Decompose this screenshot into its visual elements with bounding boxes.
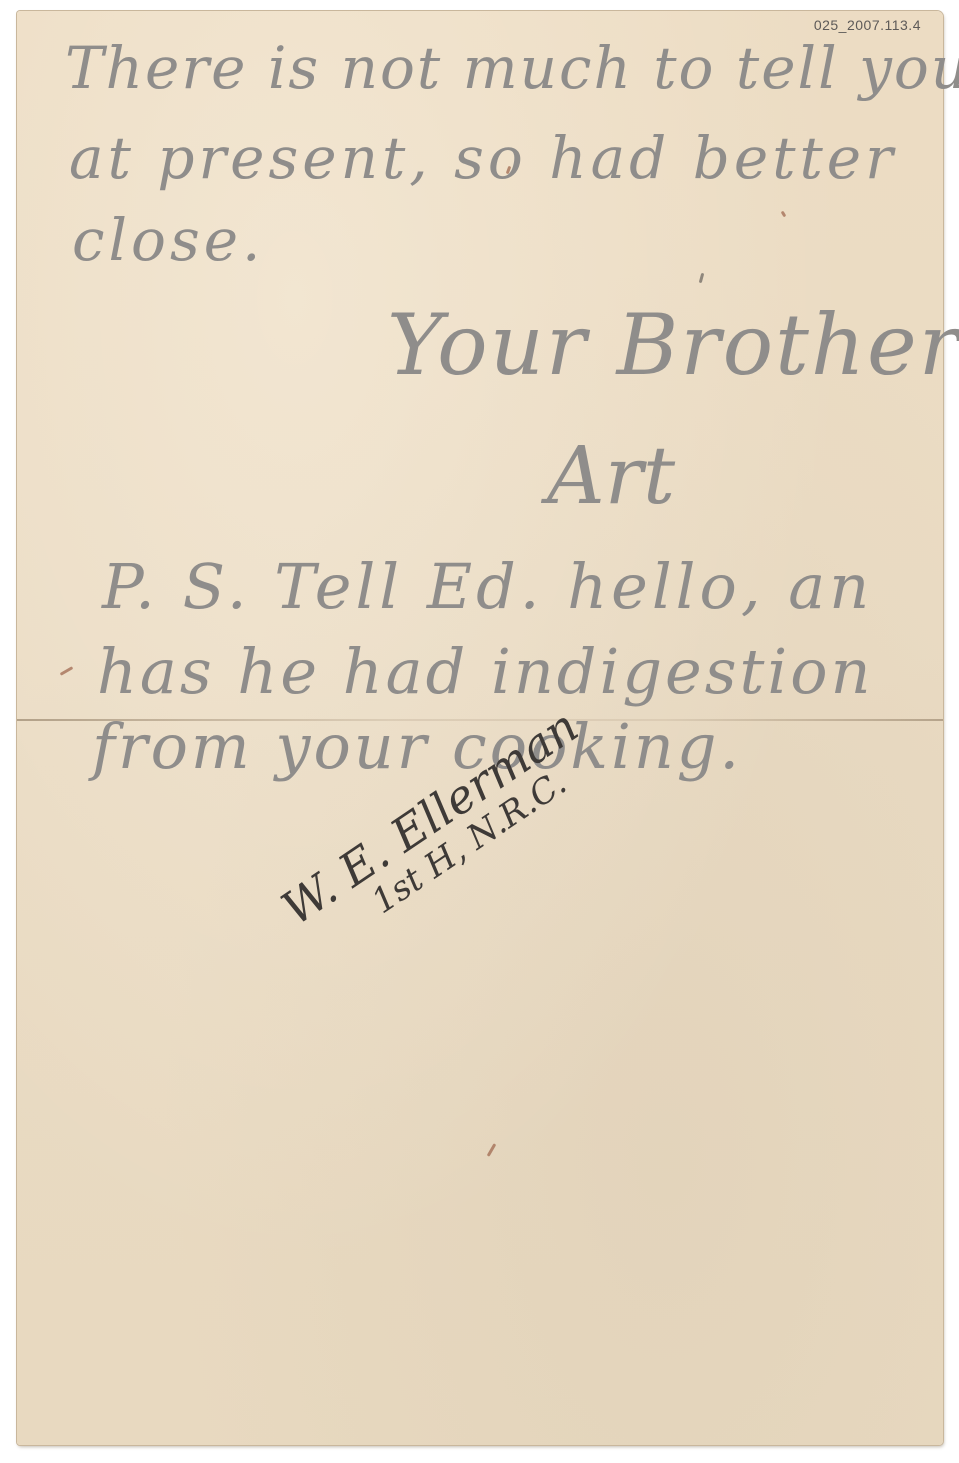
stain-mark — [781, 211, 787, 218]
catalog-number: 025_2007.113.4 — [814, 17, 921, 33]
author-signature: Art — [547, 436, 675, 516]
body-line-1: There is not much to tell you — [65, 39, 959, 97]
stain-mark — [60, 666, 74, 676]
letter-closing: Your Brother — [387, 303, 959, 387]
letter-sheet: 025_2007.113.4 There is not much to tell… — [17, 11, 943, 1445]
postscript-line-1: P. S. Tell Ed. hello, an — [102, 556, 873, 618]
body-line-3: close. — [72, 211, 264, 269]
postscript-line-3: from your cooking. — [92, 716, 742, 778]
body-line-2: at present, so had better — [69, 129, 897, 187]
pencil-mark — [699, 273, 704, 283]
postscript-line-2: has he had indigestion — [97, 641, 874, 703]
stain-mark — [487, 1143, 497, 1157]
